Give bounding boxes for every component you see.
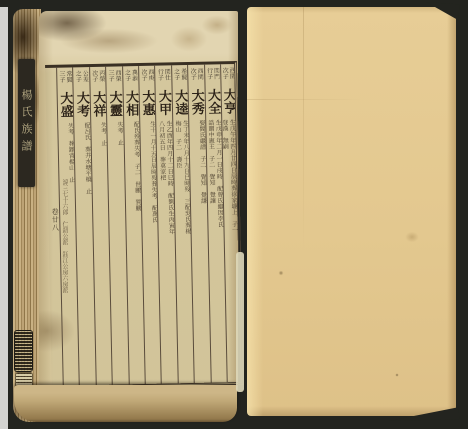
column-header: 常賢三子 [58,70,72,86]
person-name: 大靈 [107,86,122,119]
page-crease-horizontal [247,99,362,100]
person-bio: 生戊午年四月廿四日辰時葬徐家壠上 子一 登漢 無嗣 [222,119,237,234]
torn-edge-bottom-right [389,407,459,421]
person-name: 大甲 [157,85,172,118]
column-header: 萬淑之子 [123,69,137,85]
column-header: 西榮三子 [107,69,121,85]
column-header: 閏仕行子 [156,68,170,84]
book-spine: 楊氏族譜 [13,9,41,422]
person-name: 大秀 [189,85,204,118]
left-page-paper: 諱三七十六郎 仁鈕公派 鈺江公房六房派 卷廿八 常賢三子 大盛 失考 葬鐸背楊山… [39,11,238,391]
page-crease-vertical [303,7,304,252]
person-name: 大考 [75,87,90,120]
column-header: 西庚次子 [140,69,154,85]
person-name: 大亨 [222,84,237,117]
person-name: 大惠 [140,86,155,119]
blank-right-page [247,7,456,416]
spine-title-label: 楊氏族譜 [18,59,35,187]
photo-scene: 楊氏族譜 諱三七十六郎 仁鈕公派 鈺江公房六房派 卷廿八 常賢三子 大盛 失考 … [0,0,468,429]
person-name: 大祥 [91,87,106,120]
genealogy-table: 卷廿八 常賢三子 大盛 失考 葬鐸背楊山 止 公差之子 大考 配呂氏 葬井水塘平… [45,61,244,389]
gutter-page-edge [236,252,244,392]
column-header: 丙榮次子 [91,70,105,86]
spine-label-texture-dark [15,331,32,371]
torn-corner-top-right [420,2,459,21]
column-header: 希賢之子 [173,68,187,84]
book-bottom-page-stack [14,385,237,422]
scan-edge-strip [0,7,8,429]
person-name: 大逵 [173,85,188,118]
column-header: 閏門行子 [205,67,219,83]
spine-title-text: 楊氏族譜 [20,89,33,157]
column-header: 公差之子 [74,70,88,86]
genealogy-book-left-page: 楊氏族譜 諱三七十六郎 仁鈕公派 鈺江公房六房派 卷廿八 常賢三子 大盛 失考 … [13,9,238,422]
person-name: 大相 [124,86,139,119]
person-name: 大全 [206,84,221,117]
volume-label: 卷廿八 [50,208,60,232]
column-header: 西閏次子 [189,68,203,84]
column-header: 西閏次子 [221,67,235,83]
person-name: 大盛 [58,87,73,120]
